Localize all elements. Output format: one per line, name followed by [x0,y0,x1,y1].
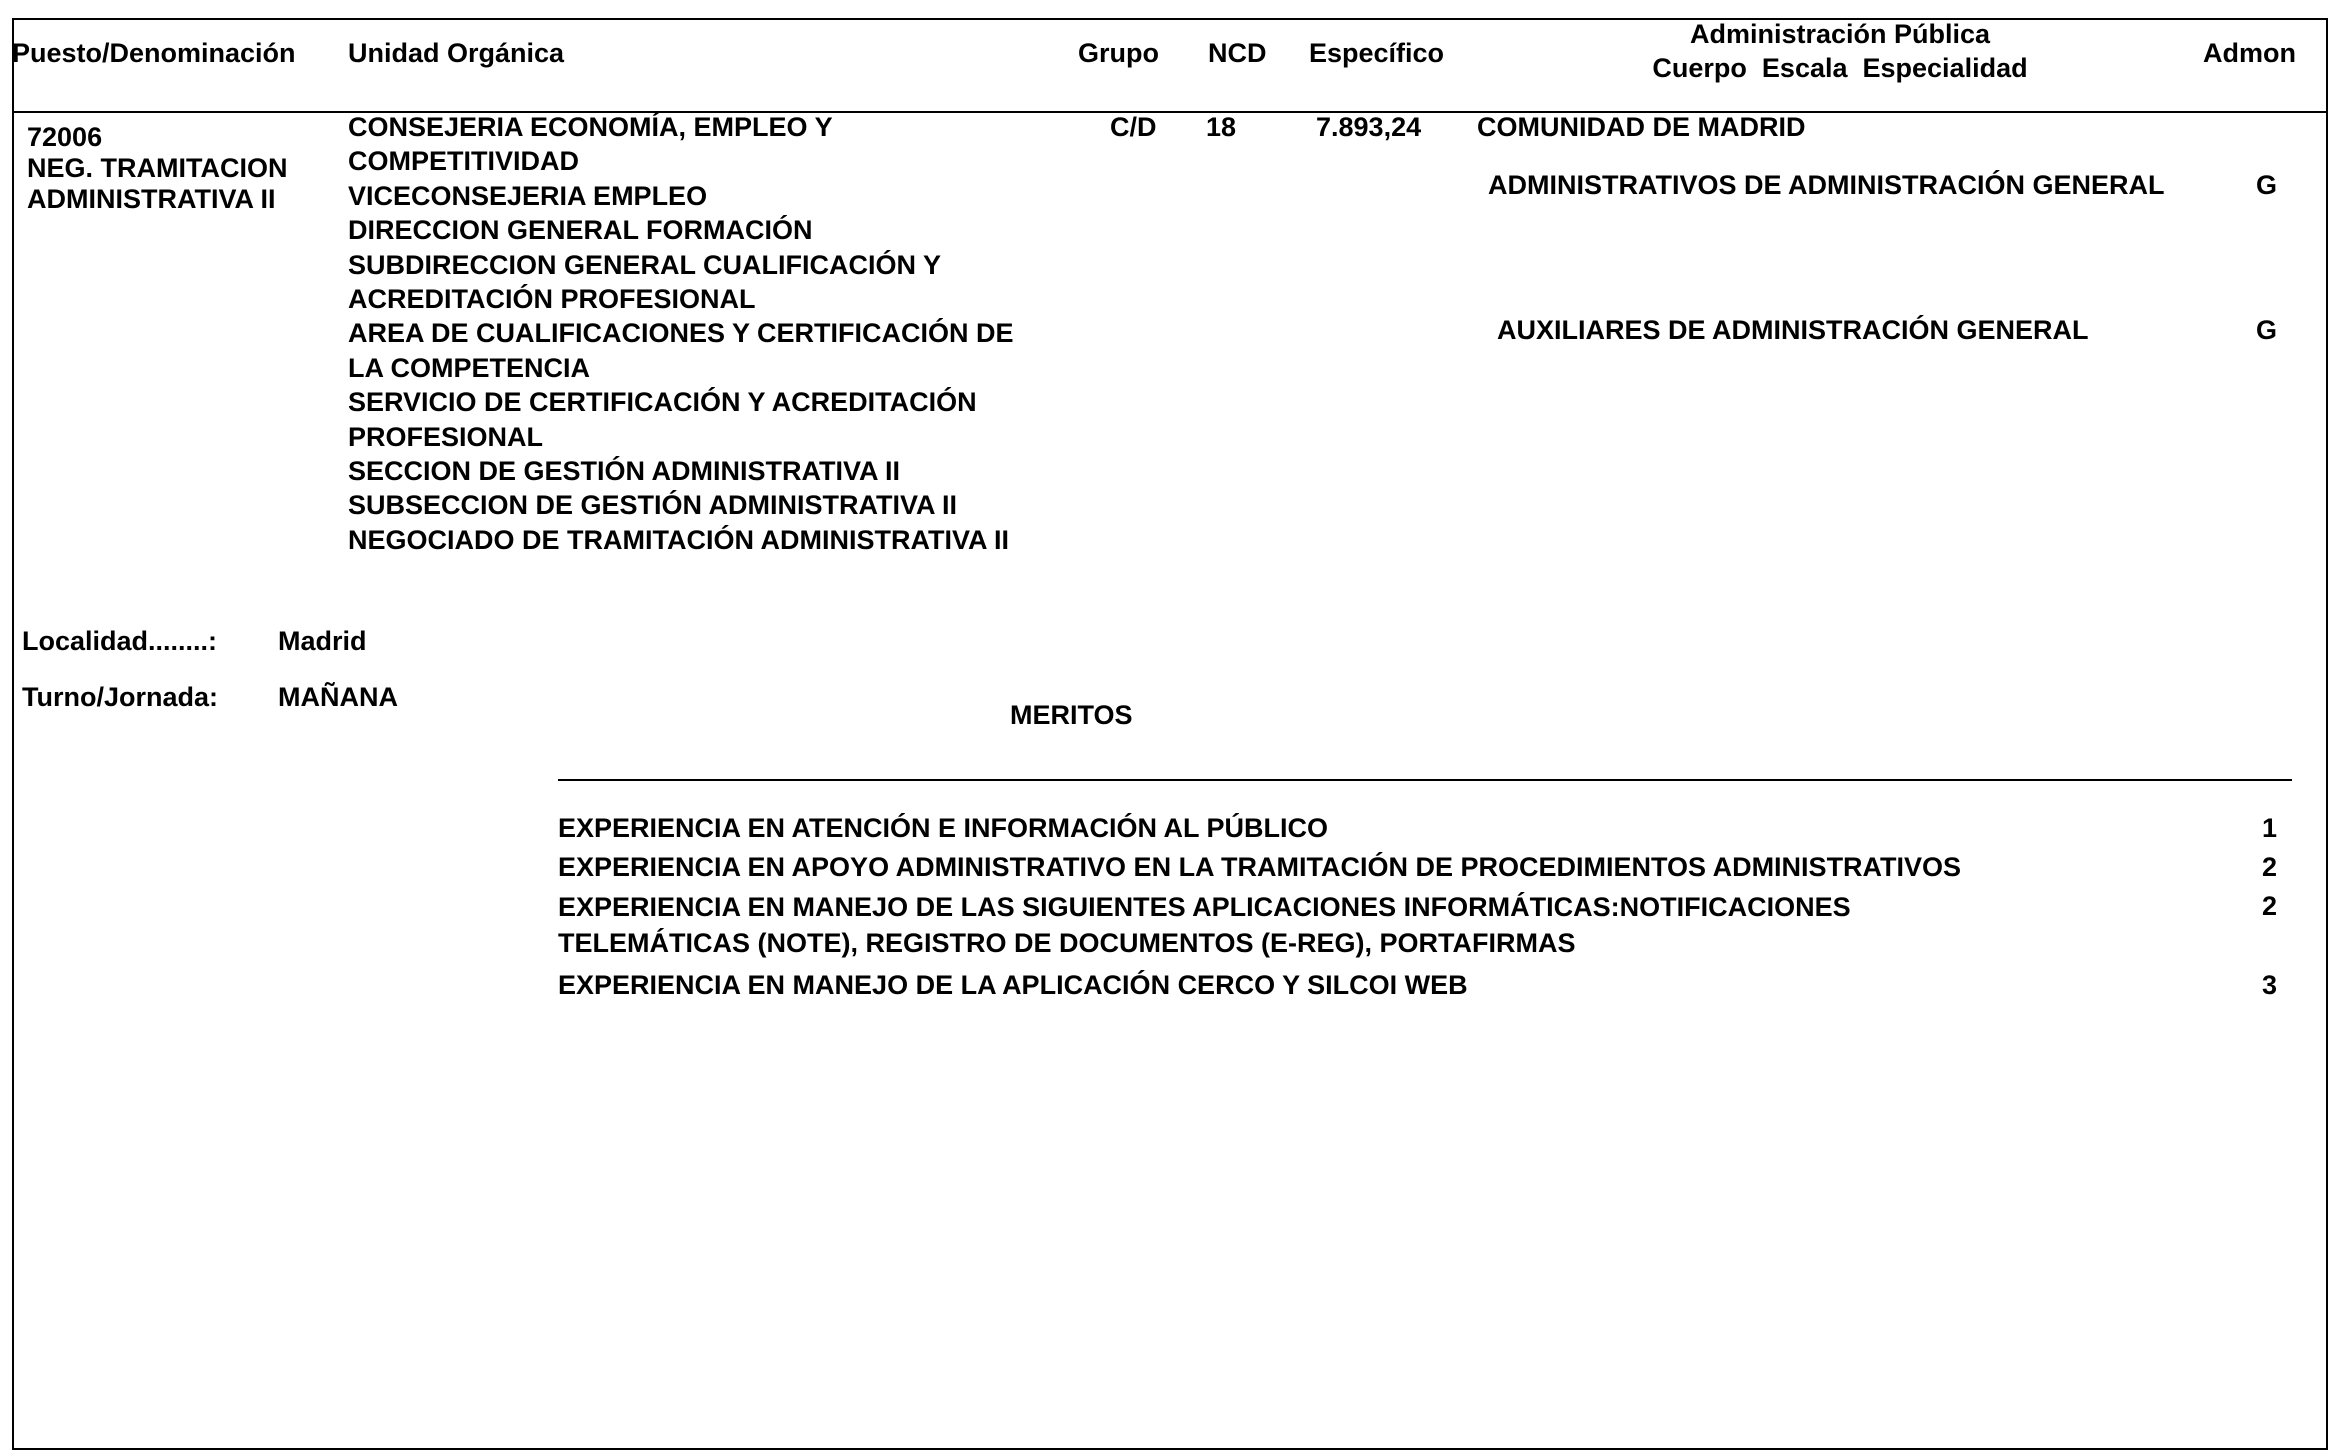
merit-text: EXPERIENCIA EN MANEJO DE LA APLICACIÓN C… [558,968,2298,1002]
unidad-line: SECCION DE GESTIÓN ADMINISTRATIVA II [348,454,1014,488]
unidad-line: PROFESIONAL [348,420,1014,454]
unidad-line: DIRECCION GENERAL FORMACIÓN [348,213,1014,247]
unidad-line: AREA DE CUALIFICACIONES Y CERTIFICACIÓN … [348,316,1014,350]
header-unidad: Unidad Orgánica [348,36,564,70]
meritos-divider [558,779,2292,781]
ncd-value: 18 [1206,110,1236,144]
merit-points: 2 [2262,850,2277,884]
unidad-line: SUBDIRECCION GENERAL CUALIFICACIÓN Y [348,248,1014,282]
unidad-organica-cell: CONSEJERIA ECONOMÍA, EMPLEO Y COMPETITIV… [348,110,1014,557]
unidad-line: SUBSECCION DE GESTIÓN ADMINISTRATIVA II [348,488,1014,522]
administracion-value: COMUNIDAD DE MADRID [1477,110,1805,144]
header-puesto: Puesto/Denominación [12,36,296,70]
turno-value: MAÑANA [278,680,398,714]
merit-points: 1 [2262,811,2277,845]
merit-item: EXPERIENCIA EN MANEJO DE LA APLICACIÓN C… [558,968,2298,1002]
unidad-line: LA COMPETENCIA [348,351,1014,385]
header-ncd: NCD [1208,36,1267,70]
especifico-value: 7.893,24 [1316,110,1421,144]
unidad-line: CONSEJERIA ECONOMÍA, EMPLEO Y [348,110,1014,144]
merit-text: EXPERIENCIA EN ATENCIÓN E INFORMACIÓN AL… [558,811,2298,845]
unidad-line: NEGOCIADO DE TRAMITACIÓN ADMINISTRATIVA … [348,523,1014,557]
merit-item: EXPERIENCIA EN ATENCIÓN E INFORMACIÓN AL… [558,811,2298,845]
header-admon: Admon [2203,36,2296,70]
cuerpo-name: AUXILIARES DE ADMINISTRACIÓN GENERAL [1497,313,2089,347]
localidad-label: Localidad........: [22,624,217,658]
header-grupo: Grupo [1078,36,1159,70]
unidad-line: COMPETITIVIDAD [348,144,1014,178]
merit-text: TELEMÁTICAS (NOTE), REGISTRO DE DOCUMENT… [558,925,2298,961]
header-especifico: Específico [1309,36,1444,70]
meritos-title: MERITOS [1010,698,1133,732]
merit-points: 3 [2262,968,2277,1002]
merit-item: EXPERIENCIA EN APOYO ADMINISTRATIVO EN L… [558,850,2298,884]
unidad-line: SERVICIO DE CERTIFICACIÓN Y ACREDITACIÓN [348,385,1014,419]
merit-points: 2 [2262,889,2277,923]
merit-text: EXPERIENCIA EN MANEJO DE LAS SIGUIENTES … [558,889,2298,925]
cuerpo-admon: G [2256,168,2277,202]
puesto-denominacion-line: ADMINISTRATIVA II [27,184,287,215]
localidad-value: Madrid [278,624,367,658]
unidad-line: ACREDITACIÓN PROFESIONAL [348,282,1014,316]
merit-text: EXPERIENCIA EN APOYO ADMINISTRATIVO EN L… [558,850,2298,884]
cuerpo-admon: G [2256,313,2277,347]
header-administracion-line2: Cuerpo Escala Especialidad [1580,51,2100,85]
header-administracion-line1: Administración Pública [1580,17,2100,51]
puesto-cell: 72006 NEG. TRAMITACION ADMINISTRATIVA II [27,122,287,215]
header-administracion-publica: Administración Pública Cuerpo Escala Esp… [1580,17,2100,85]
turno-label: Turno/Jornada: [22,680,218,714]
puesto-codigo: 72006 [27,122,287,153]
cuerpo-name: ADMINISTRATIVOS DE ADMINISTRACIÓN GENERA… [1488,168,2165,202]
unidad-line: VICECONSEJERIA EMPLEO [348,179,1014,213]
puesto-denominacion-line: NEG. TRAMITACION [27,153,287,184]
grupo-value: C/D [1110,110,1157,144]
merit-item: EXPERIENCIA EN MANEJO DE LAS SIGUIENTES … [558,889,2298,961]
